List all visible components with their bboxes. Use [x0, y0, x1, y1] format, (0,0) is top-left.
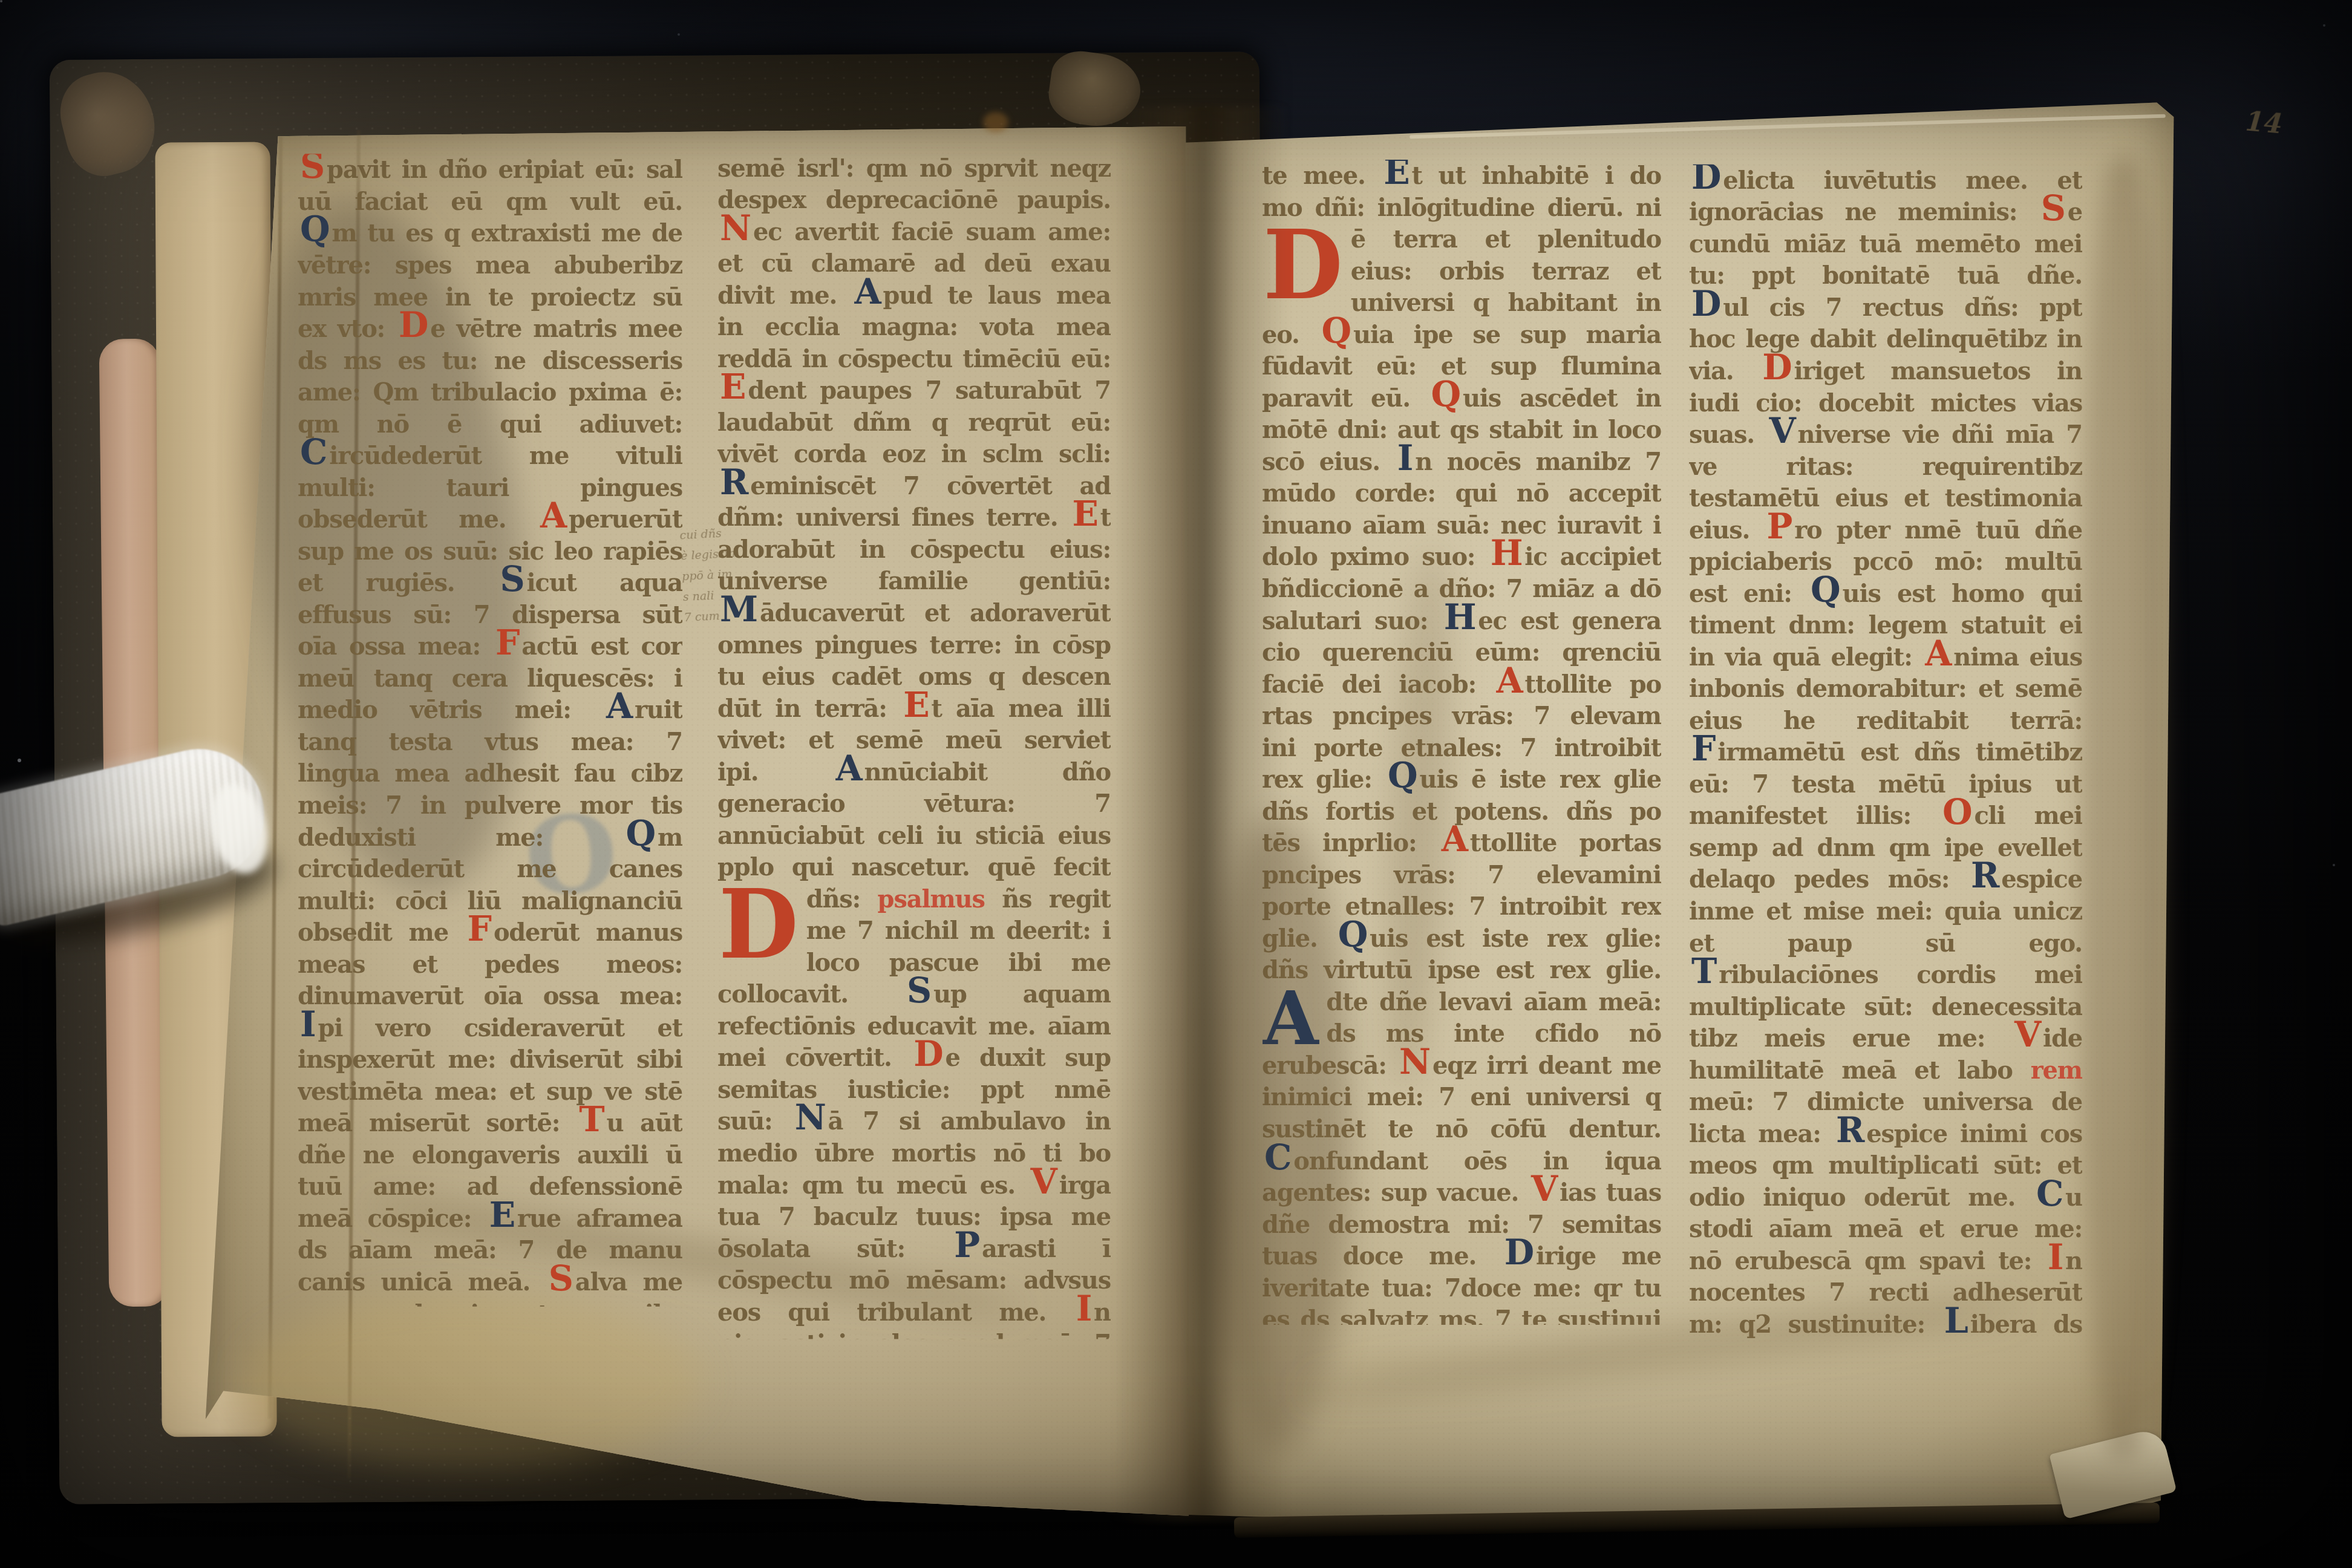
photo-vignette: [0, 0, 2352, 1568]
photograph-scene: O cui dñsè legissimppō à ims nali7 cum S…: [0, 0, 2352, 1568]
